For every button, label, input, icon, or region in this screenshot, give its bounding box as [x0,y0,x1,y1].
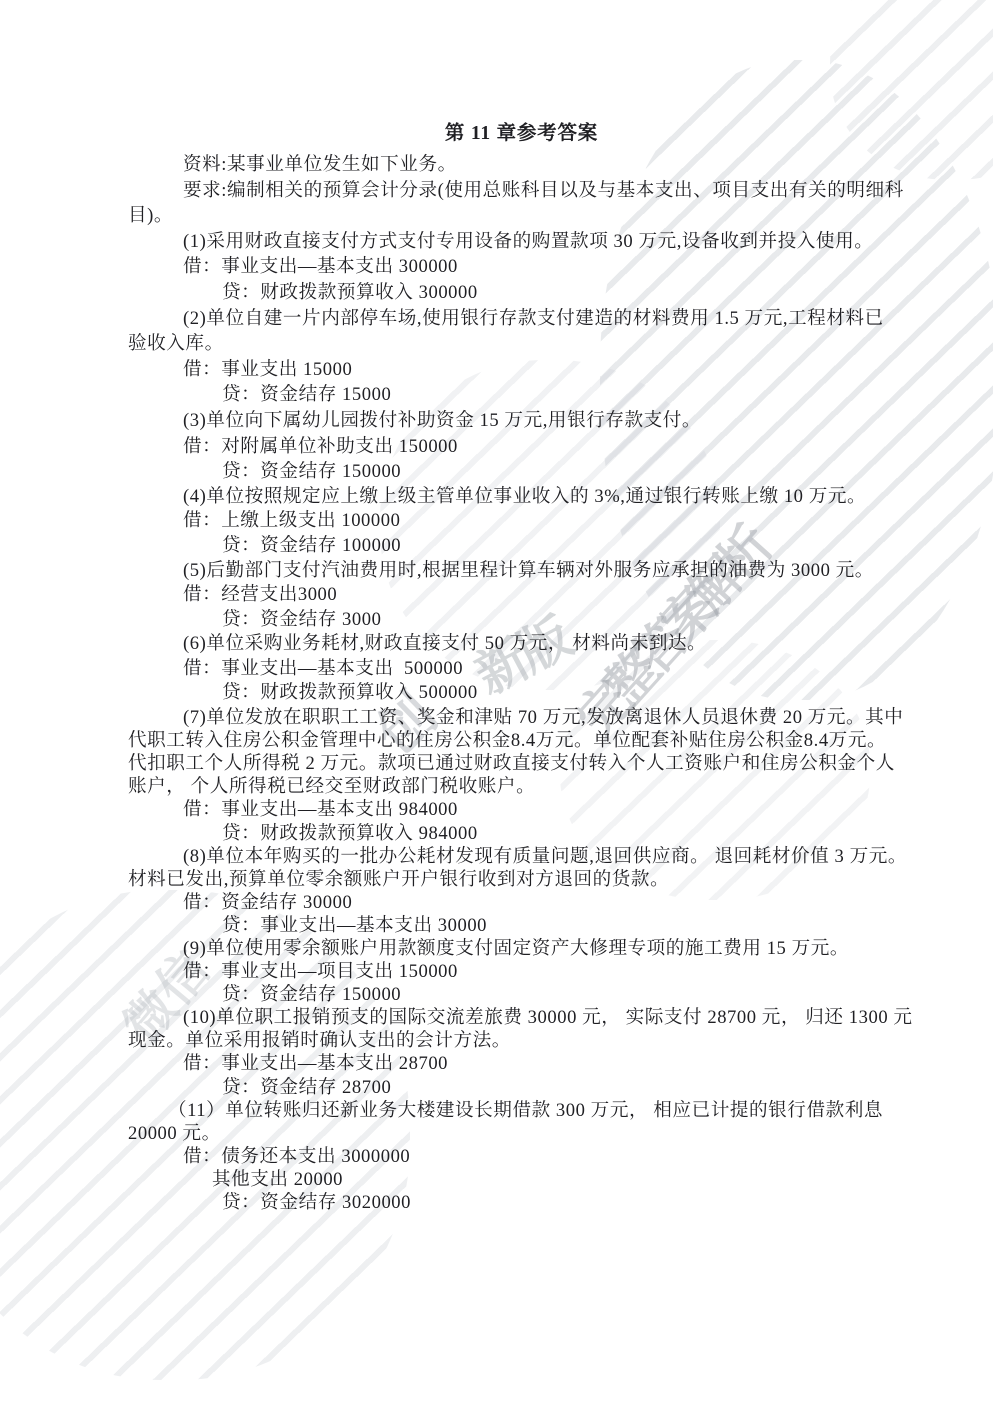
text-line: 贷：资金结存 3000 [128,608,865,633]
text-line: (9)单位使用零余额账户用款额度支付固定资产大修理专项的施工费用 15 万元。 [128,937,865,960]
text-line: 借：对附属单位补助支出 150000 [128,434,865,460]
text-line: 贷：资金结存 3020000 [128,1191,865,1214]
text-line: 验收入库。 [128,331,865,357]
text-line: 借：事业支出—项目支出 150000 [128,960,865,983]
document-body: 第 11 章参考答案资料:某事业单位发生如下业务。要求:编制相关的预算会计分录(… [128,120,865,1214]
text-line: 其他支出 20000 [128,1168,865,1191]
text-line: 现金。单位采用报销时确认支出的会计方法。 [128,1029,865,1052]
text-line: 借：事业支出—基本支出 984000 [128,798,865,821]
text-line: (1)采用财政直接支付方式支付专用设备的购置款项 30 万元,设备收到并投入使用… [128,229,865,255]
text-line: 贷：资金结存 150000 [128,459,865,485]
text-line: 借：债务还本支出 3000000 [128,1145,865,1168]
text-line: 借：上缴上级支出 100000 [128,509,865,534]
text-line: (10)单位职工报销预支的国际交流差旅费 30000 元， 实际支付 28700… [128,1006,865,1029]
page-title: 第 11 章参考答案 [128,120,865,147]
text-line: 贷：事业支出—基本支出 30000 [128,914,865,937]
text-line: 贷：财政拨款预算收入 300000 [128,280,865,306]
text-line: 贷：财政拨款预算收入 984000 [128,822,865,845]
text-line: 贷：财政拨款预算收入 500000 [128,681,865,706]
text-line: (2)单位自建一片内部停车场,使用银行存款支付建造的材料费用 1.5 万元,工程… [128,306,865,332]
text-line: (6)单位采购业务耗材,财政直接支付 50 万元， 材料尚未到达。 [128,632,865,657]
text-line: 代职工转入住房公积金管理中心的住房公积金8.4万元。单位配套补贴住房公积金8.4… [128,729,865,752]
text-line: 贷：资金结存 15000 [128,382,865,408]
text-line: 贷：资金结存 28700 [128,1076,865,1099]
text-line: 要求:编制相关的预算会计分录(使用总账科目以及与基本支出、项目支出有关的明细科 [128,178,865,204]
text-line: 贷：资金结存 100000 [128,534,865,559]
text-line: (3)单位向下属幼儿园拨付补助资金 15 万元,用银行存款支付。 [128,408,865,434]
text-line: 借：事业支出—基本支出 28700 [128,1052,865,1075]
text-line: (8)单位本年购买的一批办公耗材发现有质量问题,退回供应商。 退回耗材价值 3 … [128,845,865,868]
text-line: 借：事业支出—基本支出 300000 [128,254,865,280]
text-line: (4)单位按照规定应上缴上级主管单位事业收入的 3%,通过银行转账上缴 10 万… [128,485,865,510]
text-line: 借：事业支出 15000 [128,357,865,383]
text-line: 借：经营支出3000 [128,583,865,608]
text-line: 代扣职工个人所得税 2 万元。款项已通过财政直接支付转入个人工资账户和住房公积金… [128,752,865,775]
text-line: 20000 元。 [128,1122,865,1145]
text-line: 贷：资金结存 150000 [128,983,865,1006]
text-line: 账户， 个人所得税已经交至财政部门税收账户。 [128,775,865,798]
text-line: 材料已发出,预算单位零余额账户开户银行收到对方退回的货款。 [128,868,865,891]
text-line: 借：资金结存 30000 [128,891,865,914]
text-line: 目)。 [128,203,865,229]
scanned-answer-page: 微信 创 新版 完整答案解析 第 11 章参考答案资料:某事业单位发生如下业务。… [0,0,993,1404]
text-line: (5)后勤部门支付汽油费用时,根据里程计算车辆对外服务应承担的油费为 3000 … [128,559,865,584]
text-line: （11）单位转账归还新业务大楼建设长期借款 300 万元， 相应已计提的银行借款… [128,1099,865,1122]
text-line: (7)单位发放在职职工工资、奖金和津贴 70 万元,发放离退休人员退休费 20 … [128,706,865,729]
text-line: 借：事业支出—基本支出 500000 [128,657,865,682]
text-line: 资料:某事业单位发生如下业务。 [128,152,865,178]
